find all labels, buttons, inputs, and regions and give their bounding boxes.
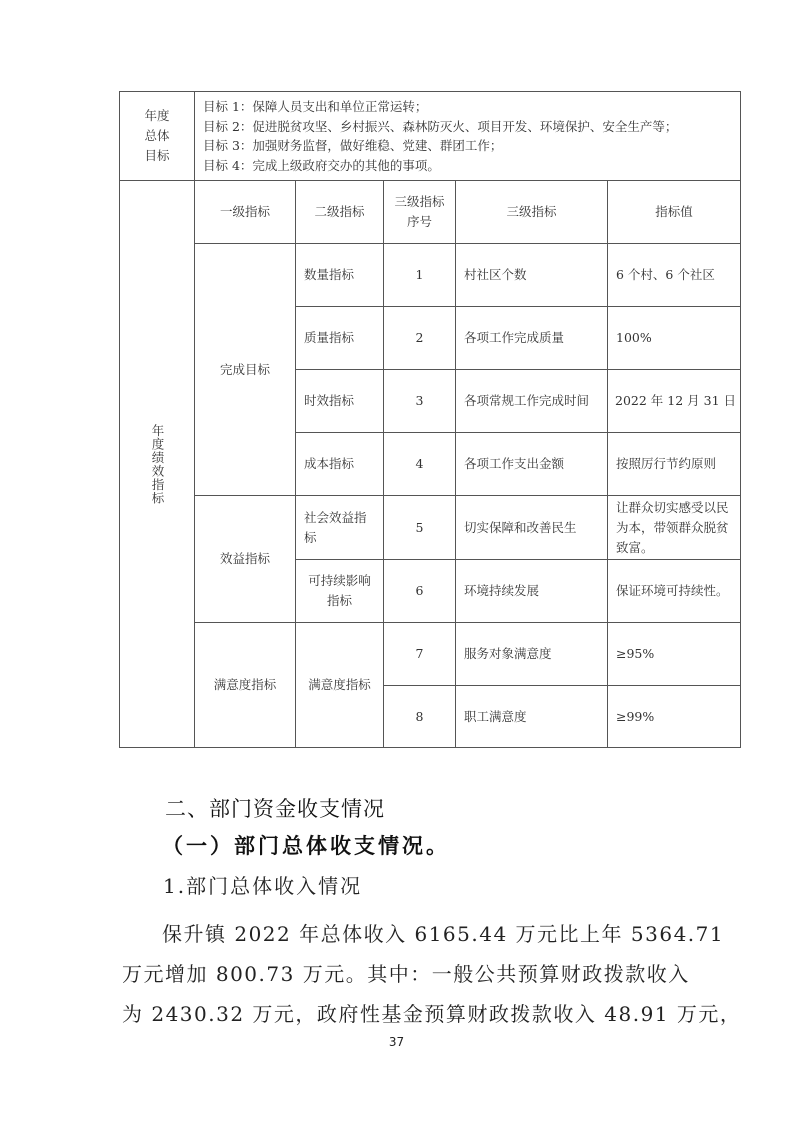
paragraph-line: 为 2430.32 万元，政府性基金预算财政拨款收入 48.91 万元， [122, 994, 682, 1034]
level2-cell: 数量指标 [296, 244, 384, 307]
level3-cell: 环境持续发展 [456, 560, 608, 623]
goal-3: 目标 3：加强财务监督，做好维稳、党建、群团工作； [203, 136, 732, 156]
header-seq: 三级指标 序号 [384, 181, 456, 244]
value-cell: 按照厉行节约原则 [608, 433, 741, 496]
value-cell: ≥95% [608, 623, 741, 686]
group-benefit: 效益指标 [195, 496, 296, 623]
goal-4: 目标 4：完成上级政府交办的其他的事项。 [203, 156, 732, 176]
paragraph-line: 万元增加 800.73 万元。其中：一般公共预算财政拨款收入 [122, 954, 682, 994]
value-cell: 100% [608, 307, 741, 370]
level3-cell: 各项常规工作完成时间 [456, 370, 608, 433]
annual-goals-content: 目标 1：保障人员支出和单位正常运转； 目标 2：促进脱贫攻坚、乡村振兴、森林防… [195, 92, 741, 181]
header-level1: 一级指标 [195, 181, 296, 244]
header-level2: 二级指标 [296, 181, 384, 244]
document-page: 年度 总体 目标 目标 1：保障人员支出和单位正常运转； 目标 2：促进脱贫攻坚… [0, 0, 793, 1122]
level2-cell: 时效指标 [296, 370, 384, 433]
level2-satisfaction: 满意度指标 [296, 623, 384, 748]
table-row: 完成目标 数量指标 1 村社区个数 6 个村、6 个社区 [120, 244, 741, 307]
performance-goals-table: 年度 总体 目标 目标 1：保障人员支出和单位正常运转； 目标 2：促进脱贫攻坚… [119, 91, 741, 748]
performance-indicators-label: 年度绩效指标 [120, 181, 195, 748]
seq-cell: 6 [384, 560, 456, 623]
label-line: 总体 [128, 126, 186, 146]
page-number: 37 [0, 1035, 793, 1049]
seq-cell: 1 [384, 244, 456, 307]
seq-cell: 8 [384, 686, 456, 748]
label-line: 年度 [128, 106, 186, 126]
seq-cell: 4 [384, 433, 456, 496]
vertical-label: 年度绩效指标 [147, 424, 167, 505]
value-cell: 保证环境可持续性。 [608, 560, 741, 623]
header-row: 年度绩效指标 一级指标 二级指标 三级指标 序号 三级指标 指标值 [120, 181, 741, 244]
level3-cell: 服务对象满意度 [456, 623, 608, 686]
header-level3: 三级指标 [456, 181, 608, 244]
goal-1: 目标 1：保障人员支出和单位正常运转； [203, 97, 732, 117]
level3-cell: 各项工作支出金额 [456, 433, 608, 496]
group-completion: 完成目标 [195, 244, 296, 496]
level2-cell: 质量指标 [296, 307, 384, 370]
level2-cell: 社会效益指标 [296, 496, 384, 560]
label-line: 目标 [128, 146, 186, 166]
group-satisfaction: 满意度指标 [195, 623, 296, 748]
level3-cell: 村社区个数 [456, 244, 608, 307]
goal-2: 目标 2：促进脱贫攻坚、乡村振兴、森林防灭火、项目开发、环境保护、安全生产等； [203, 117, 732, 137]
table-row: 满意度指标 满意度指标 7 服务对象满意度 ≥95% [120, 623, 741, 686]
section-heading: 二、部门资金收支情况 [165, 793, 385, 823]
seq-cell: 5 [384, 496, 456, 560]
level3-cell: 切实保障和改善民生 [456, 496, 608, 560]
level2-cell: 可持续影响指标 [296, 560, 384, 623]
table-row: 效益指标 社会效益指标 5 切实保障和改善民生 让群众切实感受以民为本，带领群众… [120, 496, 741, 560]
level2-cell: 成本指标 [296, 433, 384, 496]
header-value: 指标值 [608, 181, 741, 244]
subsection-heading: （一）部门总体收支情况。 [162, 830, 450, 860]
level3-cell: 各项工作完成质量 [456, 307, 608, 370]
seq-cell: 7 [384, 623, 456, 686]
level3-cell: 职工满意度 [456, 686, 608, 748]
value-cell: ≥99% [608, 686, 741, 748]
value-cell: 6 个村、6 个社区 [608, 244, 741, 307]
value-cell: 让群众切实感受以民为本，带领群众脱贫致富。 [608, 496, 741, 560]
seq-cell: 3 [384, 370, 456, 433]
header-seq-line: 三级指标 [392, 192, 447, 212]
header-seq-line: 序号 [392, 212, 447, 232]
paragraph-line: 保升镇 2022 年总体收入 6165.44 万元比上年 5364.71 [122, 914, 682, 954]
body-paragraph: 保升镇 2022 年总体收入 6165.44 万元比上年 5364.71 万元增… [122, 914, 682, 1034]
item-heading: 1.部门总体收入情况 [163, 870, 362, 899]
value-cell: 2022 年 12 月 31 日 [608, 370, 741, 433]
annual-goals-row: 年度 总体 目标 目标 1：保障人员支出和单位正常运转； 目标 2：促进脱贫攻坚… [120, 92, 741, 181]
seq-cell: 2 [384, 307, 456, 370]
annual-goals-label: 年度 总体 目标 [120, 92, 195, 181]
